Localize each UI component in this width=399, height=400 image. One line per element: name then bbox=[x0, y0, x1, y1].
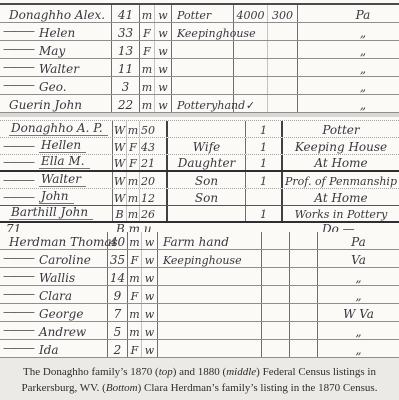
race-cell: W bbox=[113, 138, 127, 154]
sex-cell: F bbox=[128, 340, 142, 357]
blank-cell bbox=[156, 121, 168, 137]
age-cell: 7 bbox=[108, 304, 128, 321]
birthplace-cell: „ bbox=[318, 322, 399, 339]
birthplace-cell: Pa bbox=[318, 232, 399, 249]
occupation-cell: Prof. of Penmanship bbox=[283, 172, 399, 188]
personal-value-cell bbox=[290, 250, 318, 267]
relationship-cell: Son bbox=[168, 172, 246, 188]
occupation-cell: Potteryhand bbox=[172, 95, 234, 112]
table-row: Donaghho A. P. W m 50 1 Potter bbox=[0, 121, 399, 138]
occupation-cell bbox=[158, 268, 262, 285]
real-estate-value-cell bbox=[234, 23, 268, 40]
real-estate-value-cell bbox=[262, 250, 290, 267]
sex-cell: m bbox=[127, 189, 140, 205]
personal-value-cell bbox=[268, 95, 298, 112]
occupation-cell: Keeping House bbox=[283, 138, 399, 154]
census-scan-1880-donaghho: Donaghho A. P. W m 50 1 Potter ———Hellen… bbox=[0, 117, 399, 232]
age-cell: 2 bbox=[108, 340, 128, 357]
age-cell: 43 bbox=[140, 138, 156, 154]
race-cell: B bbox=[113, 206, 127, 221]
personal-value-cell bbox=[268, 77, 298, 94]
age-cell: 26 bbox=[140, 206, 156, 221]
age-cell: 41 bbox=[112, 5, 140, 22]
birthplace-cell: „ bbox=[318, 286, 399, 303]
surname-ditto-dash: ——— bbox=[3, 252, 33, 264]
color-cell: w bbox=[142, 304, 158, 321]
color-cell: w bbox=[155, 59, 172, 76]
fragment-text: 71 bbox=[6, 223, 21, 232]
sex-cell: m bbox=[140, 77, 155, 94]
sex-cell: m bbox=[128, 304, 142, 321]
table-row: ———Geo. 3 m w „ bbox=[0, 77, 399, 95]
tick-mark-cell: 1 bbox=[246, 138, 283, 154]
age-cell: 12 bbox=[140, 189, 156, 205]
personal-value-cell: 300 bbox=[268, 5, 298, 22]
census-scan-1870-herdman: Herdman Thomas 40 m w Farm hand Pa ———Ca… bbox=[0, 232, 399, 358]
color-cell: w bbox=[142, 340, 158, 357]
birthplace-cell: „ bbox=[298, 23, 399, 40]
real-estate-value-cell bbox=[234, 59, 268, 76]
figure-caption: The Donaghho family’s 1870 (top) and 188… bbox=[0, 358, 399, 400]
occupation-cell: Farm hand bbox=[158, 232, 262, 249]
sex-cell: m bbox=[127, 172, 140, 188]
relationship-cell: Son bbox=[168, 189, 246, 205]
occupation-cell: Keepinghouse bbox=[158, 250, 262, 267]
birthplace-cell: W Va bbox=[318, 304, 399, 321]
race-cell: W bbox=[113, 172, 127, 188]
name-cell: ———Clara bbox=[0, 286, 108, 303]
name-text: Herdman Thomas bbox=[9, 236, 118, 248]
blank-cell bbox=[156, 189, 168, 205]
real-estate-value-cell bbox=[262, 232, 290, 249]
name-text: Ida bbox=[39, 344, 59, 356]
name-text: Clara bbox=[39, 290, 72, 302]
check-mark: ✓ bbox=[234, 95, 268, 112]
age-cell: 9 bbox=[108, 286, 128, 303]
sex-cell: m bbox=[128, 268, 142, 285]
birthplace-cell: „ bbox=[298, 95, 399, 112]
age-cell: 21 bbox=[140, 155, 156, 170]
age-cell: 11 bbox=[112, 59, 140, 76]
name-cell: Donaghho A. P. bbox=[0, 121, 113, 137]
table-row: ———Caroline 35 F w Keepinghouse Va bbox=[0, 250, 399, 268]
figure-page: Donaghho Alex. 41 m w Potter 4000 300 Pa… bbox=[0, 0, 399, 400]
surname-ditto-dash: ——— bbox=[3, 306, 33, 318]
real-estate-value-cell: 4000 bbox=[234, 5, 268, 22]
age-cell: 3 bbox=[112, 77, 140, 94]
relationship-cell: Wife bbox=[168, 138, 246, 154]
name-cell: ———May bbox=[0, 41, 112, 58]
table-row: ———John W m 12 Son At Home bbox=[0, 189, 399, 206]
personal-value-cell bbox=[290, 232, 318, 249]
occupation-cell: Potter bbox=[283, 121, 399, 137]
sex-cell: F bbox=[140, 41, 155, 58]
name-cell: ———John bbox=[0, 189, 113, 205]
color-cell: w bbox=[142, 268, 158, 285]
birthplace-cell: Pa bbox=[298, 5, 399, 22]
name-text: Andrew bbox=[39, 326, 86, 338]
occupation-cell: Works in Pottery bbox=[283, 206, 399, 221]
race-cell: W bbox=[113, 155, 127, 170]
table-row: ———Hellen W F 43 Wife 1 Keeping House bbox=[0, 138, 399, 155]
tick-mark-cell bbox=[246, 189, 283, 205]
real-estate-value-cell bbox=[234, 41, 268, 58]
surname-ditto-dash: ——— bbox=[3, 191, 33, 203]
table-row: ———Wallis 14 m w „ bbox=[0, 268, 399, 286]
caption-text: Parkersburg, WV. ( bbox=[22, 382, 106, 394]
birthplace-cell: „ bbox=[298, 59, 399, 76]
table-row: ———Ida 2 F w „ bbox=[0, 340, 399, 358]
sex-cell: m bbox=[140, 5, 155, 22]
birthplace-cell: „ bbox=[298, 41, 399, 58]
surname-ditto-dash: ——— bbox=[3, 156, 33, 168]
name-text: Donaghho Alex. bbox=[9, 9, 105, 21]
name-text: George bbox=[39, 308, 83, 320]
name-cell: ———Helen bbox=[0, 23, 112, 40]
name-text: Wallis bbox=[39, 272, 75, 284]
surname-ditto-dash: ——— bbox=[3, 174, 33, 186]
caption-italic-bottom: Bottom bbox=[106, 382, 138, 394]
name-cell: ———Ida bbox=[0, 340, 108, 357]
name-text: Caroline bbox=[39, 254, 91, 266]
real-estate-value-cell bbox=[262, 322, 290, 339]
age-cell: 35 bbox=[108, 250, 128, 267]
table-row: ———Andrew 5 m w „ bbox=[0, 322, 399, 340]
age-cell: 22 bbox=[112, 95, 140, 112]
caption-italic-top: top bbox=[159, 366, 173, 378]
surname-ditto-dash: ——— bbox=[3, 140, 33, 152]
name-text: Walter bbox=[39, 173, 86, 187]
occupation-cell bbox=[158, 286, 262, 303]
color-cell: w bbox=[155, 77, 172, 94]
name-text: Geo. bbox=[39, 81, 67, 93]
surname-ditto-dash: ——— bbox=[3, 79, 33, 91]
surname-ditto-dash: ——— bbox=[3, 25, 33, 37]
age-cell: 33 bbox=[112, 23, 140, 40]
occupation-cell: At Home bbox=[283, 189, 399, 205]
real-estate-value-cell bbox=[262, 304, 290, 321]
birthplace-cell: „ bbox=[298, 77, 399, 94]
name-cell: ———Ella M. bbox=[0, 155, 113, 170]
personal-value-cell bbox=[290, 268, 318, 285]
caption-text: ) and 1880 ( bbox=[173, 366, 226, 378]
clipped-row-fragment: 71 B m u Do — bbox=[0, 223, 399, 232]
birthplace-cell: „ bbox=[318, 268, 399, 285]
name-text: Hellen bbox=[39, 139, 86, 153]
birthplace-cell: „ bbox=[318, 340, 399, 357]
name-text: John bbox=[39, 190, 74, 204]
blank-cell bbox=[156, 172, 168, 188]
name-cell: Barthill John bbox=[0, 206, 113, 221]
name-cell: ———Wallis bbox=[0, 268, 108, 285]
race-cell: W bbox=[113, 189, 127, 205]
occupation-cell bbox=[158, 340, 262, 357]
table-row: ———May 13 F w „ bbox=[0, 41, 399, 59]
blank-cell bbox=[156, 206, 168, 221]
color-cell: w bbox=[142, 286, 158, 303]
occupation-cell bbox=[172, 41, 234, 58]
color-cell: w bbox=[155, 95, 172, 112]
tick-mark-cell: 1 bbox=[246, 155, 283, 170]
occupation-cell: At Home bbox=[283, 155, 399, 170]
occupation-cell bbox=[158, 322, 262, 339]
name-text: Helen bbox=[39, 27, 75, 39]
name-cell: ———Walter bbox=[0, 172, 113, 188]
caption-line-2: Parkersburg, WV. (Bottom) Clara Herdman’… bbox=[0, 381, 399, 397]
color-cell: w bbox=[155, 41, 172, 58]
name-text: Guerin John bbox=[9, 99, 82, 111]
caption-text: ) Clara Herdman’s family’s listing in th… bbox=[138, 382, 378, 394]
color-cell: w bbox=[155, 5, 172, 22]
table-row: ———George 7 m w W Va bbox=[0, 304, 399, 322]
sex-cell: m bbox=[128, 322, 142, 339]
table-row: ———Helen 33 F w Keepinghouse „ bbox=[0, 23, 399, 41]
fragment-text: Do — bbox=[322, 223, 355, 232]
sex-cell: F bbox=[128, 286, 142, 303]
sex-cell: m bbox=[140, 95, 155, 112]
surname-ditto-dash: ——— bbox=[3, 43, 33, 55]
tick-mark-cell: 1 bbox=[246, 206, 283, 221]
color-cell: w bbox=[142, 250, 158, 267]
race-cell: W bbox=[113, 121, 127, 137]
personal-value-cell bbox=[268, 23, 298, 40]
occupation-cell: Keepinghouse bbox=[172, 23, 234, 40]
occupation-cell: Potter bbox=[172, 5, 234, 22]
table-row: ———Walter 11 m w „ bbox=[0, 59, 399, 77]
tick-mark-cell: 1 bbox=[246, 172, 283, 188]
name-text: Barthill John bbox=[9, 206, 93, 220]
sex-cell: m bbox=[128, 232, 142, 249]
birthplace-cell: Va bbox=[318, 250, 399, 267]
personal-value-cell bbox=[290, 340, 318, 357]
name-text: Ella M. bbox=[39, 155, 90, 169]
tick-mark-cell: 1 bbox=[246, 121, 283, 137]
sex-cell: F bbox=[140, 23, 155, 40]
table-row: ———Ella M. W F 21 Daughter 1 At Home bbox=[0, 155, 399, 172]
personal-value-cell bbox=[290, 304, 318, 321]
sex-cell: m bbox=[140, 59, 155, 76]
fragment-text: B m u bbox=[116, 223, 152, 232]
caption-italic-middle: middle bbox=[226, 366, 256, 378]
table-row: Donaghho Alex. 41 m w Potter 4000 300 Pa bbox=[0, 5, 399, 23]
name-cell: Herdman Thomas bbox=[0, 232, 108, 249]
caption-line-1: The Donaghho family’s 1870 (top) and 188… bbox=[0, 365, 399, 381]
age-cell: 5 bbox=[108, 322, 128, 339]
sex-cell: F bbox=[127, 138, 140, 154]
name-cell: ———Geo. bbox=[0, 77, 112, 94]
name-cell: Donaghho Alex. bbox=[0, 5, 112, 22]
real-estate-value-cell bbox=[262, 286, 290, 303]
surname-ditto-dash: ——— bbox=[3, 342, 33, 354]
name-text: May bbox=[39, 45, 65, 57]
sex-cell: F bbox=[128, 250, 142, 267]
age-cell: 40 bbox=[108, 232, 128, 249]
sex-cell: m bbox=[127, 121, 140, 137]
name-text: Donaghho A. P. bbox=[9, 122, 108, 136]
table-row: Barthill John B m 26 1 Works in Pottery bbox=[0, 206, 399, 223]
name-cell: Guerin John bbox=[0, 95, 112, 112]
personal-value-cell bbox=[268, 59, 298, 76]
personal-value-cell bbox=[268, 41, 298, 58]
caption-text: The Donaghho family’s 1870 ( bbox=[23, 366, 159, 378]
name-text: Walter bbox=[39, 63, 79, 75]
color-cell: w bbox=[142, 322, 158, 339]
relationship-cell: Daughter bbox=[168, 155, 246, 170]
color-cell: w bbox=[142, 232, 158, 249]
real-estate-value-cell bbox=[262, 340, 290, 357]
relationship-cell bbox=[168, 121, 246, 137]
real-estate-value-cell bbox=[234, 77, 268, 94]
personal-value-cell bbox=[290, 286, 318, 303]
census-scan-1870-donaghho: Donaghho Alex. 41 m w Potter 4000 300 Pa… bbox=[0, 0, 399, 113]
age-cell: 13 bbox=[112, 41, 140, 58]
name-cell: ———Walter bbox=[0, 59, 112, 76]
age-cell: 50 bbox=[140, 121, 156, 137]
surname-ditto-dash: ——— bbox=[3, 324, 33, 336]
personal-value-cell bbox=[290, 322, 318, 339]
surname-ditto-dash: ——— bbox=[3, 61, 33, 73]
age-cell: 14 bbox=[108, 268, 128, 285]
name-cell: ———Caroline bbox=[0, 250, 108, 267]
name-cell: ———George bbox=[0, 304, 108, 321]
surname-ditto-dash: ——— bbox=[3, 270, 33, 282]
sex-cell: m bbox=[127, 206, 140, 221]
color-cell: w bbox=[155, 23, 172, 40]
occupation-cell bbox=[158, 304, 262, 321]
blank-cell bbox=[156, 155, 168, 170]
age-cell: 20 bbox=[140, 172, 156, 188]
table-row: Guerin John 22 m w Potteryhand ✓ „ bbox=[0, 95, 399, 113]
table-row: Herdman Thomas 40 m w Farm hand Pa bbox=[0, 232, 399, 250]
real-estate-value-cell bbox=[262, 268, 290, 285]
occupation-cell bbox=[172, 59, 234, 76]
table-row: ———Clara 9 F w „ bbox=[0, 286, 399, 304]
relationship-cell bbox=[168, 206, 246, 221]
sex-cell: F bbox=[127, 155, 140, 170]
surname-ditto-dash: ——— bbox=[3, 288, 33, 300]
table-row: ———Walter W m 20 Son 1 Prof. of Penmansh… bbox=[0, 172, 399, 189]
name-cell: ———Andrew bbox=[0, 322, 108, 339]
name-cell: ———Hellen bbox=[0, 138, 113, 154]
caption-text: ) Federal Census listings in bbox=[256, 366, 376, 378]
blank-cell bbox=[156, 138, 168, 154]
occupation-cell bbox=[172, 77, 234, 94]
